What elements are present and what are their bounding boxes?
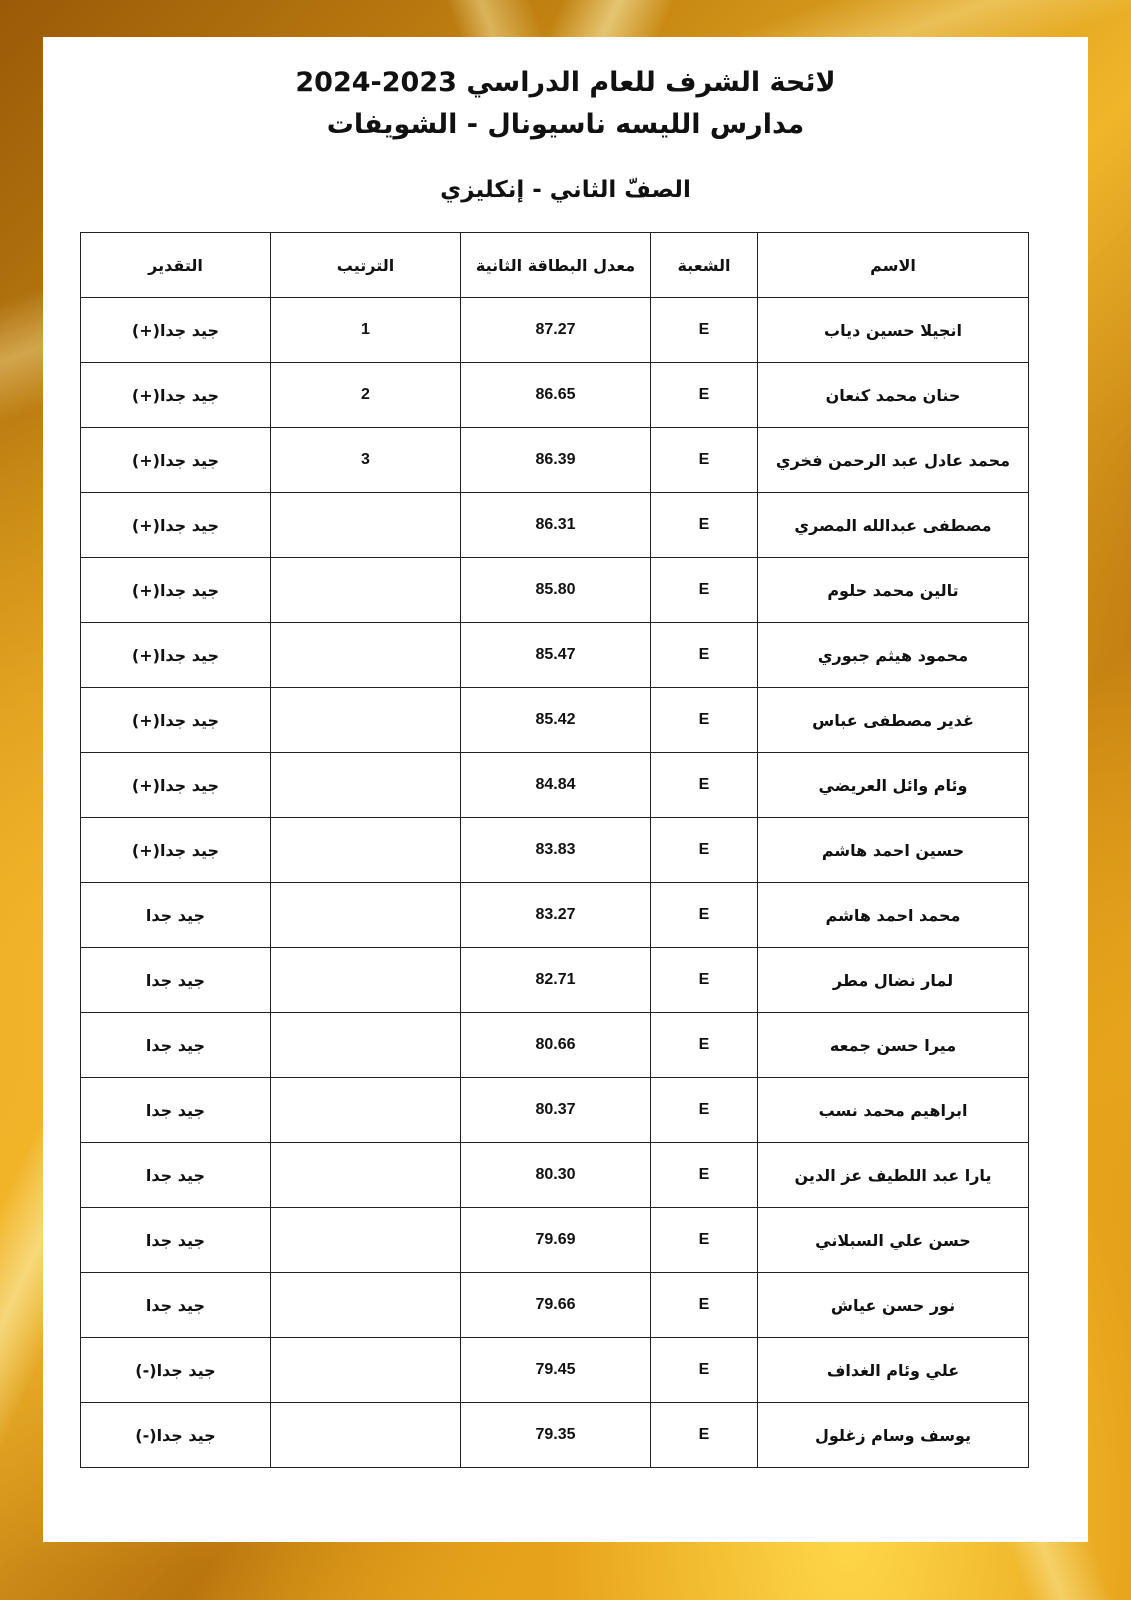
student-rank — [271, 1338, 461, 1403]
student-section: E — [651, 493, 758, 558]
student-grade: جيد جدا(+) — [81, 493, 271, 558]
student-name: يارا عبد اللطيف عز الدين — [758, 1143, 1029, 1208]
student-name: محمود هيثم جبوري — [758, 623, 1029, 688]
table-row: لمار نضال مطرE82.71جيد جدا — [81, 948, 1029, 1013]
student-section: E — [651, 558, 758, 623]
student-rank — [271, 623, 461, 688]
student-grade: جيد جدا — [81, 883, 271, 948]
student-average: 79.45 — [461, 1338, 651, 1403]
student-grade: جيد جدا — [81, 1208, 271, 1273]
school-name: مدارس الليسه ناسيونال - الشويفات — [43, 109, 1088, 140]
student-rank — [271, 558, 461, 623]
student-average: 86.31 — [461, 493, 651, 558]
student-average: 86.65 — [461, 363, 651, 428]
student-name: انجيلا حسين دياب — [758, 298, 1029, 363]
honor-table: الاسم الشعبة معدل البطاقة الثانية الترتي… — [80, 232, 1029, 1468]
student-section: E — [651, 883, 758, 948]
column-header-rank: الترتيب — [271, 233, 461, 298]
table-row: مصطفى عبدالله المصريE86.31جيد جدا(+) — [81, 493, 1029, 558]
student-average: 85.80 — [461, 558, 651, 623]
student-grade: جيد جدا(+) — [81, 558, 271, 623]
student-name: لمار نضال مطر — [758, 948, 1029, 1013]
table-row: يارا عبد اللطيف عز الدينE80.30جيد جدا — [81, 1143, 1029, 1208]
student-section: E — [651, 688, 758, 753]
student-average: 79.69 — [461, 1208, 651, 1273]
student-name: حسن علي السبلاني — [758, 1208, 1029, 1273]
column-header-grade: التقدير — [81, 233, 271, 298]
student-name: محمد احمد هاشم — [758, 883, 1029, 948]
table-row: وئام وائل العريضيE84.84جيد جدا(+) — [81, 753, 1029, 818]
student-average: 80.66 — [461, 1013, 651, 1078]
document-title: لائحة الشرف للعام الدراسي 2023-2024 — [43, 67, 1088, 98]
student-rank — [271, 493, 461, 558]
student-average: 79.35 — [461, 1403, 651, 1468]
table-row: علي وئام الغدافE79.45جيد جدا(-) — [81, 1338, 1029, 1403]
student-grade: جيد جدا — [81, 1078, 271, 1143]
table-header-row: الاسم الشعبة معدل البطاقة الثانية الترتي… — [81, 233, 1029, 298]
column-header-name: الاسم — [758, 233, 1029, 298]
student-section: E — [651, 1208, 758, 1273]
student-section: E — [651, 428, 758, 493]
student-grade: جيد جدا(+) — [81, 818, 271, 883]
table-row: نور حسن عياشE79.66جيد جدا — [81, 1273, 1029, 1338]
table-row: تالين محمد حلومE85.80جيد جدا(+) — [81, 558, 1029, 623]
student-name: حسين احمد هاشم — [758, 818, 1029, 883]
student-average: 84.84 — [461, 753, 651, 818]
table-row: حنان محمد كنعانE86.652جيد جدا(+) — [81, 363, 1029, 428]
student-section: E — [651, 1078, 758, 1143]
class-subtitle: الصفّ الثاني - إنكليزي — [43, 177, 1088, 203]
student-grade: جيد جدا(+) — [81, 428, 271, 493]
student-section: E — [651, 818, 758, 883]
column-header-average: معدل البطاقة الثانية — [461, 233, 651, 298]
student-rank — [271, 1273, 461, 1338]
table-row: ابراهيم محمد نسبE80.37جيد جدا — [81, 1078, 1029, 1143]
student-average: 85.47 — [461, 623, 651, 688]
student-name: يوسف وسام زغلول — [758, 1403, 1029, 1468]
table-row: غدير مصطفى عباسE85.42جيد جدا(+) — [81, 688, 1029, 753]
student-section: E — [651, 363, 758, 428]
student-name: علي وئام الغداف — [758, 1338, 1029, 1403]
student-grade: جيد جدا(+) — [81, 688, 271, 753]
student-grade: جيد جدا — [81, 1273, 271, 1338]
student-name: غدير مصطفى عباس — [758, 688, 1029, 753]
student-rank — [271, 688, 461, 753]
student-grade: جيد جدا(+) — [81, 298, 271, 363]
student-name: ابراهيم محمد نسب — [758, 1078, 1029, 1143]
table-row: محمود هيثم جبوريE85.47جيد جدا(+) — [81, 623, 1029, 688]
student-grade: جيد جدا(+) — [81, 363, 271, 428]
student-grade: جيد جدا — [81, 1013, 271, 1078]
honor-list-document: لائحة الشرف للعام الدراسي 2023-2024 مدار… — [43, 37, 1088, 1542]
student-section: E — [651, 753, 758, 818]
student-average: 80.37 — [461, 1078, 651, 1143]
student-rank — [271, 948, 461, 1013]
table-row: ميرا حسن جمعهE80.66جيد جدا — [81, 1013, 1029, 1078]
student-name: مصطفى عبدالله المصري — [758, 493, 1029, 558]
student-rank — [271, 1208, 461, 1273]
student-rank — [271, 1403, 461, 1468]
student-average: 86.39 — [461, 428, 651, 493]
student-grade: جيد جدا — [81, 948, 271, 1013]
student-name: حنان محمد كنعان — [758, 363, 1029, 428]
student-grade: جيد جدا(+) — [81, 623, 271, 688]
student-section: E — [651, 1013, 758, 1078]
student-rank: 2 — [271, 363, 461, 428]
table-row: حسين احمد هاشمE83.83جيد جدا(+) — [81, 818, 1029, 883]
student-section: E — [651, 1273, 758, 1338]
student-grade: جيد جدا(-) — [81, 1338, 271, 1403]
student-average: 80.30 — [461, 1143, 651, 1208]
student-name: تالين محمد حلوم — [758, 558, 1029, 623]
student-section: E — [651, 1403, 758, 1468]
student-rank — [271, 818, 461, 883]
student-section: E — [651, 1338, 758, 1403]
student-average: 79.66 — [461, 1273, 651, 1338]
student-average: 83.83 — [461, 818, 651, 883]
table-row: حسن علي السبلانيE79.69جيد جدا — [81, 1208, 1029, 1273]
student-name: ميرا حسن جمعه — [758, 1013, 1029, 1078]
table-body: انجيلا حسين ديابE87.271جيد جدا(+)حنان مح… — [81, 298, 1029, 1468]
student-rank: 3 — [271, 428, 461, 493]
column-header-section: الشعبة — [651, 233, 758, 298]
student-average: 82.71 — [461, 948, 651, 1013]
table-row: يوسف وسام زغلولE79.35جيد جدا(-) — [81, 1403, 1029, 1468]
table-row: انجيلا حسين ديابE87.271جيد جدا(+) — [81, 298, 1029, 363]
student-rank — [271, 753, 461, 818]
student-grade: جيد جدا(-) — [81, 1403, 271, 1468]
student-name: نور حسن عياش — [758, 1273, 1029, 1338]
student-section: E — [651, 298, 758, 363]
student-name: محمد عادل عبد الرحمن فخري — [758, 428, 1029, 493]
table-row: محمد عادل عبد الرحمن فخريE86.393جيد جدا(… — [81, 428, 1029, 493]
student-rank — [271, 1013, 461, 1078]
student-section: E — [651, 623, 758, 688]
student-rank — [271, 1078, 461, 1143]
student-average: 85.42 — [461, 688, 651, 753]
student-name: وئام وائل العريضي — [758, 753, 1029, 818]
table-row: محمد احمد هاشمE83.27جيد جدا — [81, 883, 1029, 948]
student-rank — [271, 883, 461, 948]
student-section: E — [651, 948, 758, 1013]
student-grade: جيد جدا — [81, 1143, 271, 1208]
student-average: 83.27 — [461, 883, 651, 948]
student-section: E — [651, 1143, 758, 1208]
student-average: 87.27 — [461, 298, 651, 363]
student-grade: جيد جدا(+) — [81, 753, 271, 818]
student-rank — [271, 1143, 461, 1208]
student-rank: 1 — [271, 298, 461, 363]
